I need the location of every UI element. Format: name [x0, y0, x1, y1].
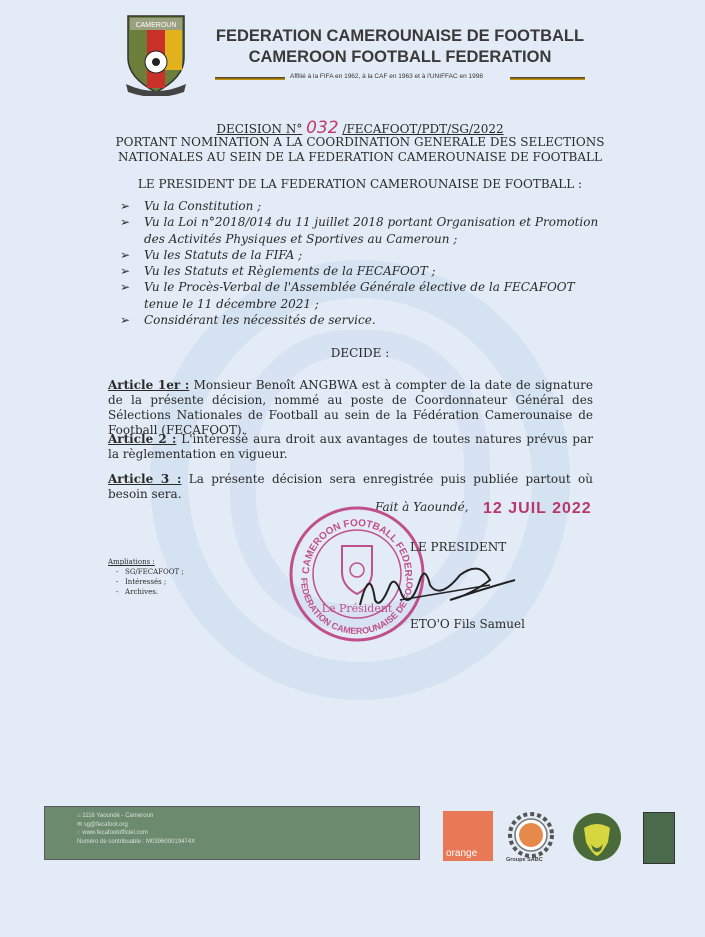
footer-website: ◌ www.fecafootofficiel.com [77, 829, 419, 838]
arrow-bullet-icon: ➢ [120, 312, 130, 328]
decision-subject-line2: NATIONALES AU SEIN DE LA FEDERATION CAME… [100, 150, 620, 164]
arrow-bullet-icon: ➢ [120, 279, 130, 295]
handwritten-signature-icon [340, 555, 530, 615]
sabc-label: Groupe SABC [506, 857, 543, 863]
mail-icon: ✉ [77, 822, 84, 828]
list-item: - Archives. [108, 587, 184, 597]
federation-title-fr: FEDERATION CAMEROUNAISE DE FOOTBALL [200, 27, 600, 46]
list-item: ➢Vu le Procès-Verbal de l'Assemblée Géné… [118, 279, 608, 312]
orange-sponsor-logo: orange [443, 811, 493, 861]
footer-email: ✉ sg@fecafoot.org [77, 821, 419, 830]
footer-contact-bar: ⌂ 1116 Yaoundé - Cameroun ✉ sg@fecafoot.… [44, 806, 420, 860]
footer-address: ⌂ 1116 Yaoundé - Cameroun [77, 812, 419, 821]
list-item: - SG/FECAFOOT ; [108, 567, 184, 577]
considerations-list: ➢Vu la Constitution ; ➢Vu la Loi n°2018/… [118, 198, 608, 328]
divider-right [510, 77, 585, 80]
decision-subject-line1: PORTANT NOMINATION A LA COORDINATION GEN… [100, 135, 620, 149]
svg-text:CAMEROUN: CAMEROUN [136, 22, 177, 29]
signatory-name: ETO'O Fils Samuel [410, 617, 525, 631]
fecafoot-crest-icon: CAMEROUN [124, 12, 188, 96]
signatory-title: LE PRESIDENT [410, 540, 506, 554]
lion-emblem-icon [572, 812, 622, 862]
ampliations: Ampliations : - SG/FECAFOOT ; - Intéress… [108, 557, 184, 597]
arrow-bullet-icon: ➢ [120, 247, 130, 263]
arrow-bullet-icon: ➢ [120, 263, 130, 279]
list-item: ➢Vu les Statuts et Règlements de la FECA… [118, 263, 608, 279]
list-item: ➢Vu la Loi n°2018/014 du 11 juillet 2018… [118, 214, 608, 247]
divider-left [215, 77, 285, 80]
president-heading: LE PRESIDENT DE LA FEDERATION CAMEROUNAI… [100, 177, 620, 191]
affiliation-text: Affilié à la FIFA en 1962, à la CAF en 1… [290, 73, 483, 80]
list-item: ➢Vu les Statuts de la FIFA ; [118, 247, 608, 263]
list-item: - Intéressés ; [108, 577, 184, 587]
footer-taxpayer: Numéro de contribuable : M039600019474X [77, 838, 419, 847]
arrow-bullet-icon: ➢ [120, 214, 130, 230]
federation-title-en: CAMEROON FOOTBALL FEDERATION [200, 48, 600, 67]
list-item: ➢Considérant les nécessités de service. [118, 312, 608, 328]
date-stamp: 12 JUIL 2022 [483, 500, 592, 518]
partner-logo-placeholder [643, 812, 675, 864]
decide-heading: DECIDE : [100, 346, 620, 360]
list-item: ➢Vu la Constitution ; [118, 198, 608, 214]
article-3: Article 3 : La présente décision sera en… [108, 472, 593, 502]
arrow-bullet-icon: ➢ [120, 198, 130, 214]
article-1: Article 1er : Monsieur Benoît ANGBWA est… [108, 378, 593, 438]
article-2: Article 2 : L'intéressé aura droit aux a… [108, 432, 593, 462]
sabc-gear-logo-icon [508, 812, 554, 858]
